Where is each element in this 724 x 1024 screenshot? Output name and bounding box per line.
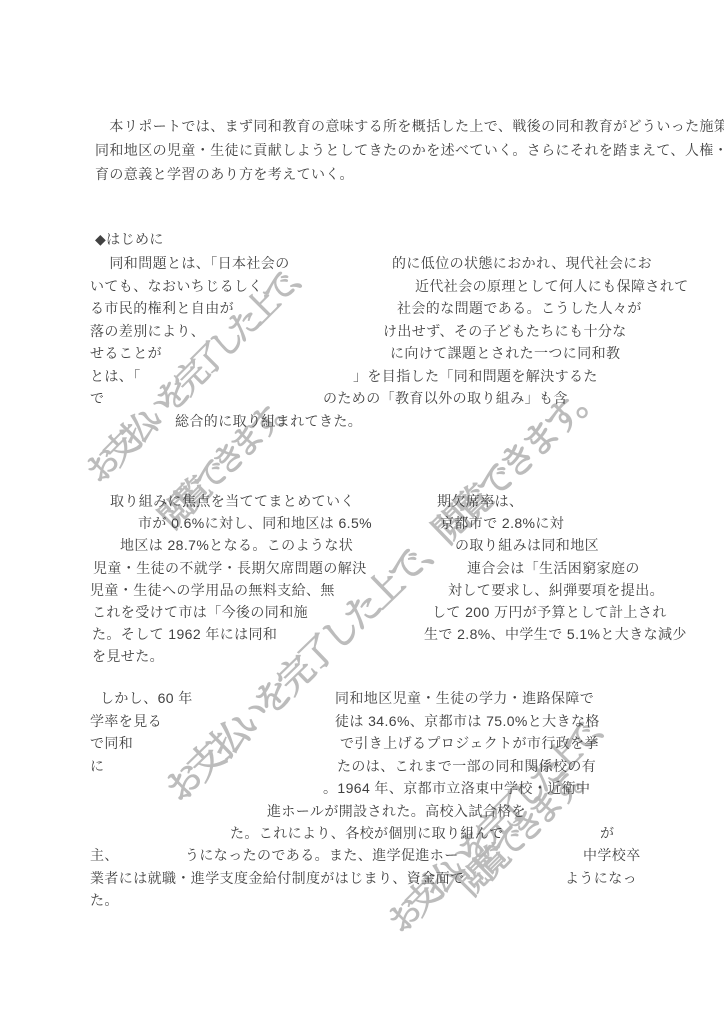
text-fragment: 徒は 34.6%、京都市は 75.0%と大きな格: [335, 713, 600, 730]
text-fragment: いても、なおいちじるしく: [90, 278, 263, 295]
text-fragment: た。: [90, 892, 119, 909]
text-fragment: を見せた。: [92, 648, 164, 665]
text-fragment: が: [600, 825, 614, 842]
text-fragment: して 200 万円が予算として計上され: [432, 604, 667, 621]
text-fragment: これを受けて市は「今後の同和施: [92, 604, 308, 621]
text-fragment: 学率を見る: [90, 713, 162, 730]
text-fragment: 期欠席率は、: [437, 493, 523, 510]
text-fragment: のための「教育以外の取り組み」も含: [323, 390, 568, 407]
text-fragment: 的に低位の状態におかれ、現代社会にお: [392, 255, 652, 272]
text-fragment: 児童・生徒の不就学・長期欠席問題の解決: [93, 560, 367, 577]
document-text: 本リポートでは、まず同和教育の意味する所を概括した上で、戦後の同和教育がどういっ…: [0, 0, 724, 1024]
text-fragment: で: [90, 390, 104, 407]
text-fragment: 生で 2.8%、中学生で 5.1%と大きな減少: [424, 626, 687, 643]
text-fragment: たのは、これまで一部の同和関係校の有: [337, 758, 596, 775]
text-fragment: 落の差別により、: [90, 323, 205, 340]
text-fragment: の取り組みは同和地区: [455, 537, 599, 554]
text-fragment: 市が 0.6%に対し、同和地区は 6.5%: [138, 515, 372, 532]
text-fragment: で同和: [90, 735, 133, 752]
intro-line: 本リポートでは、まず同和教育の意味する所を概括した上で、戦後の同和教育がどういっ…: [95, 118, 724, 135]
text-fragment: うになったのである。また、進学促進ホー: [185, 847, 459, 864]
text-fragment: に: [90, 758, 104, 775]
report-page: お支払いを完了した上で、 閲覧できます。 お支払いを完了した上で、閲覧できます。…: [0, 0, 724, 1024]
text-fragment: 地区は 28.7%となる。このような状: [120, 537, 353, 554]
text-fragment: 京都市で 2.8%に対: [440, 515, 564, 532]
text-fragment: 社会的な問題である。こうした人々が: [397, 300, 642, 317]
intro-line: 同和地区の児童・生徒に貢献しようとしてきたのかを述べていく。さらにそれを踏まえて…: [95, 142, 724, 159]
text-fragment: で引き上げるプロジェクトが市行政を挙: [340, 735, 599, 752]
text-fragment: た。これにより、各校が個別に取り組んで: [230, 825, 504, 842]
text-fragment: 業者には就職・進学支度金給付制度がはじまり、資金面で: [90, 870, 464, 887]
text-fragment: 児童・生徒への学用品の無料支給、無: [90, 582, 335, 599]
text-fragment: 中学校卒: [583, 847, 641, 864]
text-fragment: 。1964 年、京都市立洛東中学校・近衛中: [323, 780, 590, 797]
text-fragment: せることが: [90, 345, 162, 362]
text-fragment: 同和地区児童・生徒の学力・進路保障で: [335, 690, 594, 707]
text-fragment: 近代社会の原理として何人にも保障されて: [415, 278, 689, 295]
text-fragment: しかし、60 年: [100, 690, 193, 707]
text-fragment: 同和問題とは、「日本社会の: [95, 255, 290, 272]
text-fragment: 取り組みに焦点を当ててまとめていく: [110, 493, 355, 510]
text-fragment: た。そして 1962 年には同和: [92, 626, 277, 643]
text-fragment: 対して要求し、糾弾要項を提出。: [448, 582, 664, 599]
intro-line: 育の意義と学習のあり方を考えていく。: [95, 166, 354, 183]
text-fragment: 主、: [90, 847, 119, 864]
section-heading: ◆はじめに: [95, 231, 164, 248]
text-fragment: 進ホールが開設された。高校入試合格を: [267, 803, 526, 820]
text-fragment: に向けて課題とされた一つに同和教: [390, 345, 620, 362]
text-fragment: とは、「: [90, 368, 141, 385]
text-fragment: 連合会は「生活困窮家庭の: [467, 560, 640, 577]
text-fragment: る市民的権利と自由が: [90, 300, 234, 317]
text-fragment: 」を目指した「同和問題を解決するた: [353, 368, 598, 385]
text-fragment: ようになっ: [565, 870, 637, 887]
text-fragment: け出せず、その子どもたちにも十分な: [383, 323, 627, 340]
text-fragment: 総合的に取り組まれてきた。: [175, 413, 362, 430]
